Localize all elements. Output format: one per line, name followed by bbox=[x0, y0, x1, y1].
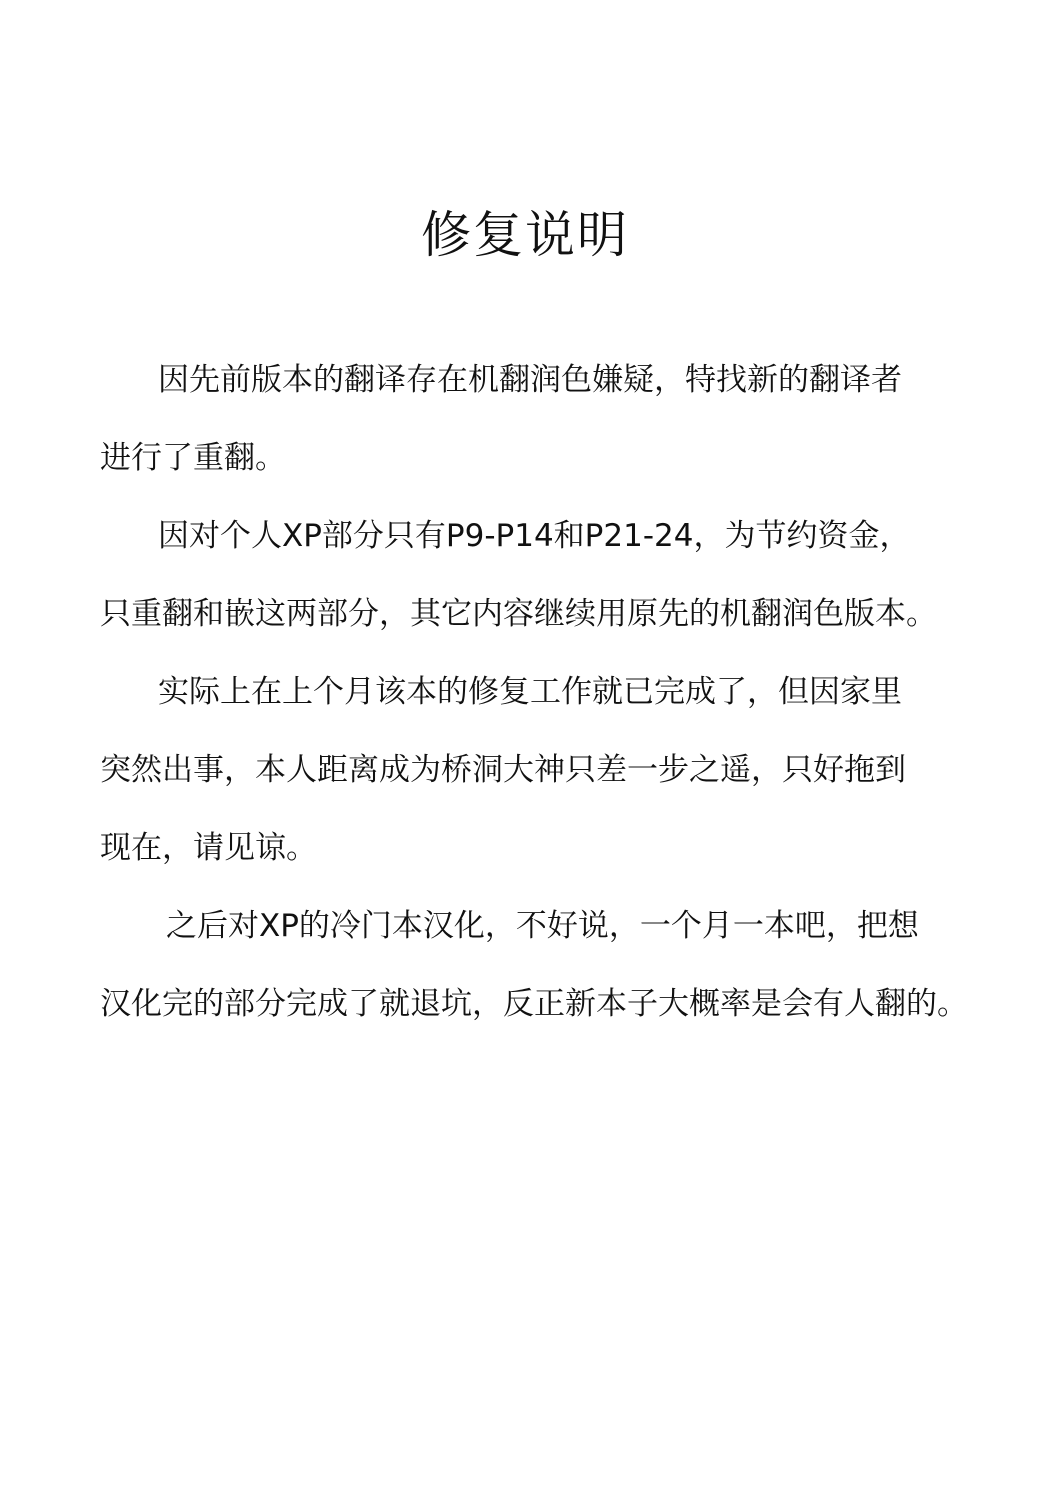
paragraph-line: 之后对XP的冷门本汉化，不好说，一个月一本吧，把想 bbox=[166, 906, 919, 946]
paragraph-line: 实际上在上个月该本的修复工作就已完成了，但因家里 bbox=[158, 672, 902, 712]
paragraph-line: 汉化完的部分完成了就退坑，反正新本子大概率是会有人翻的。 bbox=[100, 984, 968, 1024]
paragraph-line: 进行了重翻。 bbox=[100, 438, 286, 478]
paragraph-line: 突然出事，本人距离成为桥洞大神只差一步之遥，只好拖到 bbox=[100, 750, 906, 790]
paragraph-line: 因对个人XP部分只有P9-P14和P21-24，为节约资金， bbox=[158, 516, 910, 556]
page-title: 修复说明 bbox=[0, 203, 1050, 267]
paragraph-line: 只重翻和嵌这两部分，其它内容继续用原先的机翻润色版本。 bbox=[100, 594, 937, 634]
paragraph-line: 现在，请见谅。 bbox=[100, 828, 317, 868]
paragraph-line: 因先前版本的翻译存在机翻润色嫌疑，特找新的翻译者 bbox=[158, 360, 902, 400]
